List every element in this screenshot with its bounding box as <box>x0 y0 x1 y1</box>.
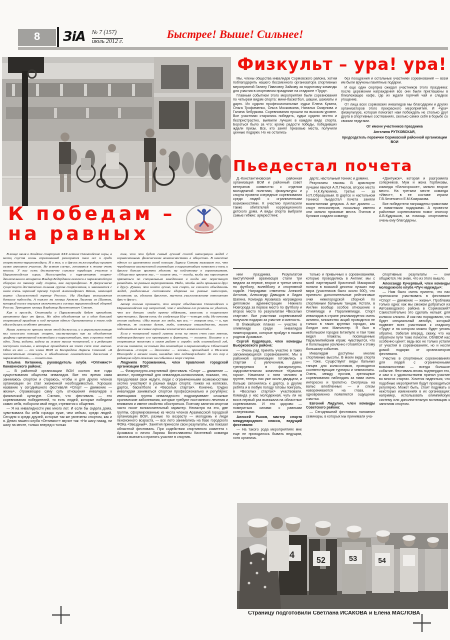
svg-text:52: 52 <box>317 556 326 565</box>
registration-cross-icon <box>413 614 431 632</box>
svg-text:53: 53 <box>349 554 357 563</box>
headline-line2: на равных <box>8 225 175 245</box>
photo-caption: Страницу подготовили Светлана ИСАКОВА и … <box>237 611 431 617</box>
article-column: В конце июля в Лондоне стартуют XXX летн… <box>3 252 112 604</box>
article-column: без поощрения и остальные участники соре… <box>341 77 448 157</box>
wheelchair-basketball-photo <box>2 57 231 206</box>
header-divider <box>57 27 59 48</box>
page-slogan: Быстрее! Выше! Сильнее! <box>150 29 320 41</box>
headline-fizkult: Физкульт – ура! ура! <box>236 55 448 74</box>
section-divider <box>233 268 448 269</box>
article-column: только и привычных к соревнованиям, кото… <box>306 273 375 501</box>
article-column: «Дантужок», которая и разгромила соперни… <box>379 177 448 265</box>
headline-line1: К победам – <box>8 205 175 225</box>
article-column: Мы, члены общества инвалидов Сормовского… <box>233 77 337 157</box>
article-column: Д.-Константиновская районная организация… <box>233 177 302 265</box>
article-column: так, что это будет самый лучший способ и… <box>117 252 228 604</box>
svg-text:54: 54 <box>378 558 386 565</box>
headline-pobedam: К победам – на равных <box>8 205 175 245</box>
header-rule <box>18 47 448 50</box>
issue-info: № 7 (157) июль 2012 г. <box>92 30 123 48</box>
registration-cross-icon <box>52 606 70 624</box>
newspaper-logo: ЗіА <box>63 30 85 45</box>
svg-text:4: 4 <box>289 550 294 560</box>
article-column: спортивные результаты — они общаются. Не… <box>379 273 450 501</box>
festival-emblem-icon <box>184 203 224 237</box>
group-photo-with-bibs: 54 53 52 4 <box>237 503 448 609</box>
article-column: дартс, настольный теннис и домино.Резуль… <box>306 177 375 265</box>
article-column: ним праздника. Результатом выступлений а… <box>233 273 302 501</box>
issue-number: № 7 (157) <box>92 30 123 39</box>
page-number-badge: 8 <box>18 29 56 46</box>
headline-piedestal: Пьедестал почета <box>233 157 448 175</box>
